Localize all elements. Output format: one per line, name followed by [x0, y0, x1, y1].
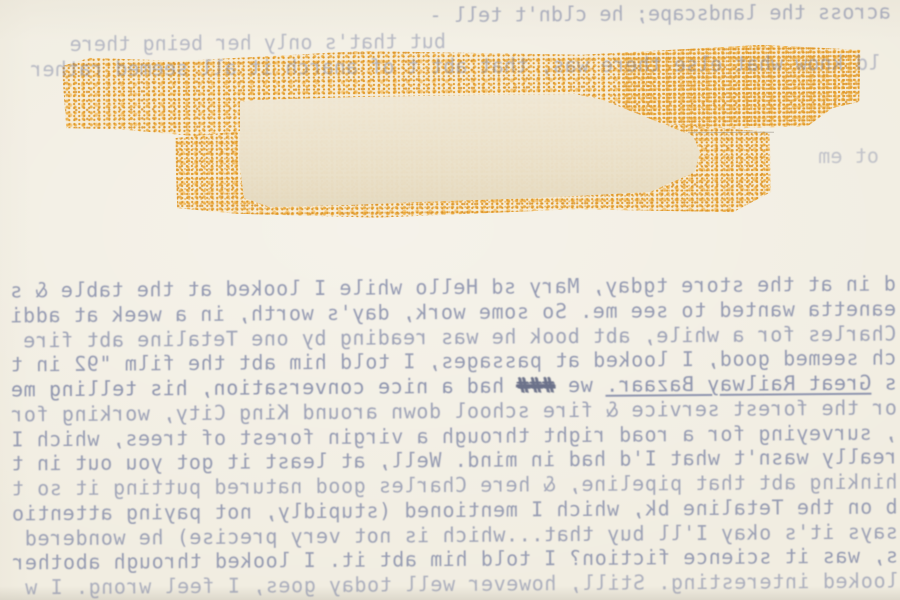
typed-line-faint: but that's only her being there: [70, 31, 447, 54]
paper-sheet: across the landscape; he cldn't tell -bu…: [0, 0, 900, 600]
typed-fragment: ot em: [818, 146, 879, 166]
typed-segment-plain: s: [871, 370, 897, 394]
mirrored-text-container: across the landscape; he cldn't tell -bu…: [0, 0, 900, 600]
typed-segment-plain: but that's only her being there: [70, 29, 447, 56]
typed-line-faint: across the landscape; he cldn't tell -: [429, 2, 891, 26]
typed-segment-plain: we: [555, 373, 606, 397]
typed-segment-plain: across the landscape; he cldn't tell -: [429, 0, 891, 27]
typed-text-layer: across the landscape; he cldn't tell -bu…: [0, 0, 900, 600]
typed-segment-strike: ###: [517, 373, 555, 397]
typed-segment-underline: Great Railway Bazaar.: [605, 371, 871, 397]
typed-segment-plain: ot em: [818, 144, 879, 168]
typed-line-body: looked interesting. Still, however well …: [25, 570, 899, 597]
typed-segment-plain: had a nice conversation, his telling me: [10, 373, 517, 401]
typed-line-faint: ld know what else there was, that abt t …: [30, 53, 880, 80]
